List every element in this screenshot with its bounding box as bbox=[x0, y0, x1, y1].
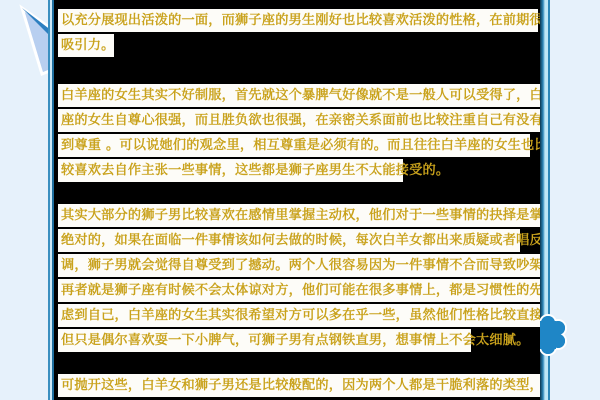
text-line: 调，狮子男就会觉得自尊受到了撼动。两个人很容易因为一件事情不合而导致吵架。 bbox=[58, 254, 540, 277]
text-line: 到尊重 。可以说她们的观念里，相互尊重是必须有的。而且往往白羊座的女生也比 bbox=[58, 134, 530, 157]
text-line: 可抛开这些，白羊女和狮子男还是比较般配的，因为两个人都是干脆利落的类型，是 bbox=[58, 374, 540, 397]
text-line: 绝对的，如果在面临一件事情该如何去做的时候，每次白羊女都出来质疑或者唱反 bbox=[58, 229, 520, 252]
text-line: 虑到自己，白羊座的女生其实很希望对方可以多在乎一些，虽然他们性格比较直接， bbox=[58, 304, 540, 327]
text-line: 但只是偶尔喜欢耍一下小脾气，可狮子男有点钢铁直男，想事情上不会太细腻。 bbox=[58, 329, 471, 352]
text-line: 其实大部分的狮子男比较喜欢在感情里掌握主动权，他们对于一些事情的抉择是掌握 bbox=[58, 204, 540, 227]
paragraph-1: 以充分展现出活泼的一面，而狮子座的男生刚好也比较喜欢活泼的性格，在前期很有 吸引… bbox=[58, 9, 538, 59]
text-line: 再者就是狮子座有时候不会太体谅对方，他们可能在很多事情上，都是习惯性的先考 bbox=[58, 279, 540, 302]
text-line: 白羊座的女生其实不好制服，首先就这个暴脾气好像就不是一般人可以受得了，白羊 bbox=[58, 84, 540, 107]
text-line: 以充分展现出活泼的一面，而狮子座的男生刚好也比较喜欢活泼的性格，在前期很有 bbox=[58, 9, 538, 32]
paragraph-3: 其实大部分的狮子男比较喜欢在感情里掌握主动权，他们对于一些事情的抉择是掌握 绝对… bbox=[58, 204, 540, 354]
paragraph-4: 可抛开这些，白羊女和狮子男还是比较般配的，因为两个人都是干脆利落的类型，是 bbox=[58, 374, 540, 399]
flower-icon bbox=[540, 313, 570, 357]
text-line: 吸引力。 bbox=[58, 34, 114, 57]
text-line: 座的女生自尊心很强，而且胜负欲也很强，在亲密关系面前也比较注重自己有没有受 bbox=[58, 109, 540, 132]
text-line: 较喜欢去自作主张一些事情，这些都是狮子座男生不太能接受的。 bbox=[58, 159, 403, 182]
paragraph-2: 白羊座的女生其实不好制服，首先就这个暴脾气好像就不是一般人可以受得了，白羊 座的… bbox=[58, 84, 540, 184]
article-content: 以充分展现出活泼的一面，而狮子座的男生刚好也比较喜欢活泼的性格，在前期很有 吸引… bbox=[54, 0, 540, 400]
